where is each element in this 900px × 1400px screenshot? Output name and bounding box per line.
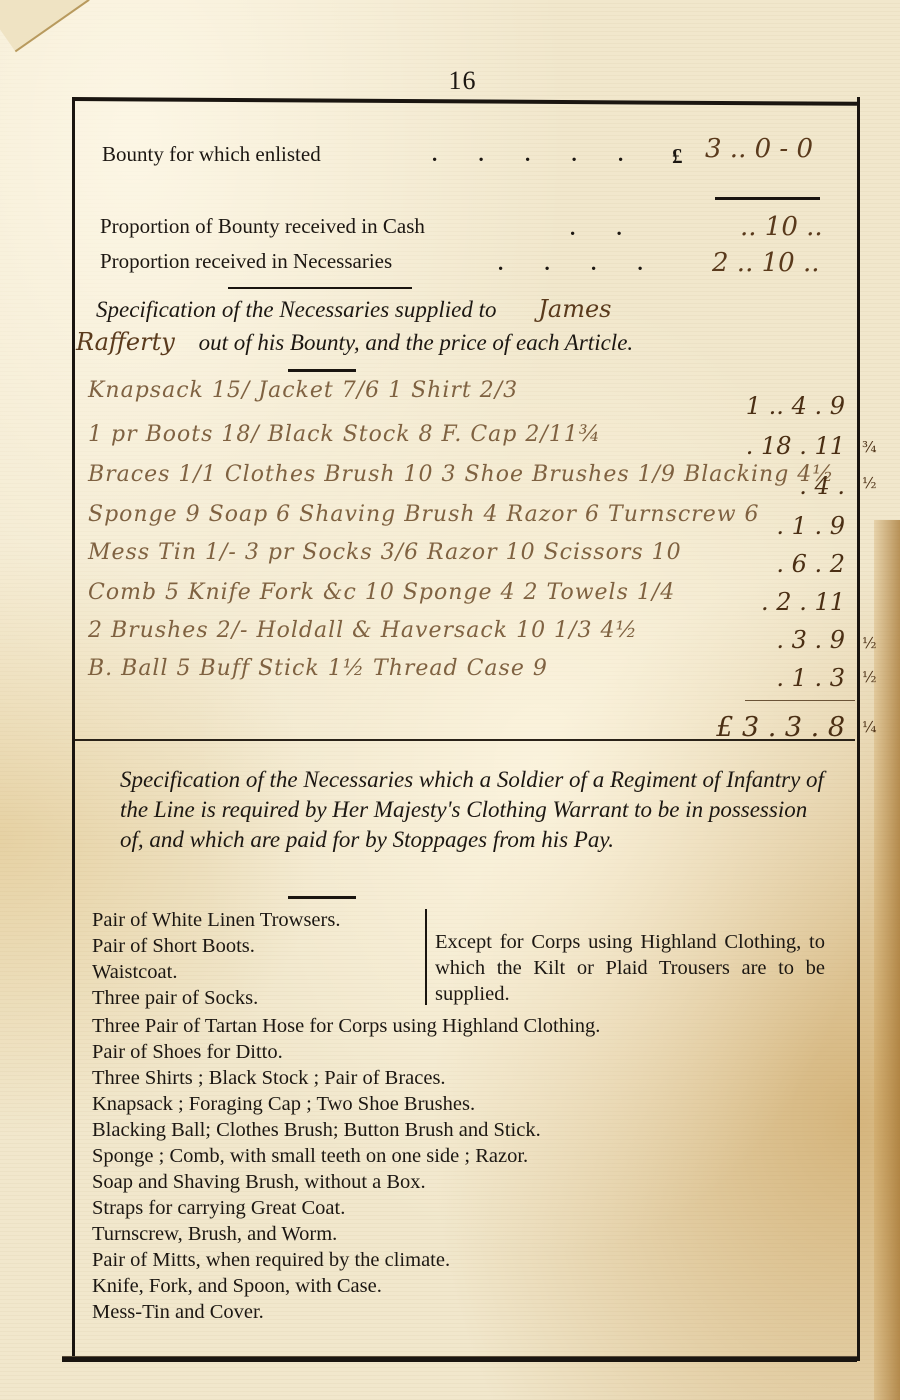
list-item: Knapsack ; Foraging Cap ; Two Shoe Brush… bbox=[92, 1091, 600, 1117]
recipient-first-name: James bbox=[538, 295, 611, 323]
list-item: Knife, Fork, and Spoon, with Case. bbox=[92, 1273, 600, 1299]
list-item: Pair of White Linen Trowsers. bbox=[92, 907, 340, 933]
article-entry: 1 pr Boots 18/ Black Stock 8 F. Cap 2/11… bbox=[88, 422, 748, 447]
list-item: Turnscrew, Brush, and Worm. bbox=[92, 1221, 600, 1247]
article-entry: Sponge 9 Soap 6 Shaving Brush 4 Razor 6 … bbox=[88, 502, 748, 527]
bounty-necessaries-label: Proportion received in Necessaries bbox=[100, 249, 392, 274]
supplied-spec-heading-line1: Specification of the Necessaries supplie… bbox=[96, 294, 611, 325]
pound-symbol: £ bbox=[672, 144, 683, 169]
margin-fraction: ½ bbox=[862, 634, 877, 652]
article-entry: Mess Tin 1/- 3 pr Socks 3/6 Razor 10 Sci… bbox=[88, 540, 748, 565]
bottom-border-rule bbox=[62, 1356, 857, 1362]
list-item: Pair of Shoes for Ditto. bbox=[92, 1039, 600, 1065]
bounty-cash-label: Proportion of Bounty received in Cash bbox=[100, 214, 425, 239]
list-item: Three Pair of Tartan Hose for Corps usin… bbox=[92, 1013, 600, 1039]
braced-items-list: Pair of White Linen Trowsers. Pair of Sh… bbox=[92, 907, 340, 1011]
heading-text: out of his Bounty, and the price of each… bbox=[199, 330, 634, 355]
short-divider bbox=[288, 896, 356, 899]
bounty-necessaries-amount: 2 .. 10 .. bbox=[712, 248, 819, 278]
total-rule bbox=[745, 700, 855, 701]
article-entry: B. Ball 5 Buff Stick 1½ Thread Case 9 bbox=[88, 656, 748, 681]
braced-items-note: Except for Corps using Highland Clothing… bbox=[435, 929, 825, 1007]
margin-fraction: ½ bbox=[862, 668, 877, 686]
total-pound-symbol: £ bbox=[716, 712, 733, 743]
braced-items-group: Pair of White Linen Trowsers. Pair of Sh… bbox=[92, 907, 832, 1011]
list-item: Three pair of Socks. bbox=[92, 985, 340, 1011]
total-amount: 3 . 3 . 8 bbox=[742, 712, 845, 743]
recipient-last-name: Rafferty bbox=[76, 328, 175, 356]
folded-corner bbox=[0, 0, 90, 52]
warrant-spec-heading: Specification of the Necessaries which a… bbox=[120, 765, 830, 855]
list-item: Pair of Mitts, when required by the clim… bbox=[92, 1247, 600, 1273]
list-item: Mess-Tin and Cover. bbox=[92, 1299, 600, 1325]
list-item: Sponge ; Comb, with small teeth on one s… bbox=[92, 1143, 600, 1169]
margin-fraction: ½ bbox=[862, 474, 877, 492]
article-entry: Knapsack 15/ Jacket 7/6 1 Shirt 2/3 bbox=[88, 378, 748, 403]
article-entry: Comb 5 Knife Fork &c 10 Sponge 4 2 Towel… bbox=[88, 580, 748, 605]
list-item: Three Shirts ; Black Stock ; Pair of Bra… bbox=[92, 1065, 600, 1091]
supplied-spec-heading-line2: Rafferty out of his Bounty, and the pric… bbox=[76, 327, 633, 358]
article-entry: Braces 1/1 Clothes Brush 10 3 Shoe Brush… bbox=[88, 462, 748, 487]
article-amount: . 6 . 2 bbox=[720, 550, 845, 578]
necessaries-list: Three Pair of Tartan Hose for Corps usin… bbox=[92, 1013, 600, 1325]
list-item: Straps for carrying Great Coat. bbox=[92, 1195, 600, 1221]
leader-dots: . . bbox=[570, 216, 640, 241]
total-amount-row: £ 3 . 3 . 8 bbox=[660, 712, 845, 743]
article-amount: . 3 . 9 bbox=[720, 626, 845, 654]
margin-fraction: ¾ bbox=[862, 438, 877, 456]
sum-rule bbox=[715, 197, 820, 200]
article-amount: . 1 . 3 bbox=[720, 664, 845, 692]
leader-dots: . . . . bbox=[498, 251, 661, 276]
list-item: Soap and Shaving Brush, without a Box. bbox=[92, 1169, 600, 1195]
article-amount: . 18 . 11 bbox=[720, 432, 845, 460]
margin-fraction: ¼ bbox=[862, 718, 877, 736]
bounty-enlisted-amount: 3 .. 0 - 0 bbox=[705, 134, 813, 164]
page-number: 16 bbox=[0, 66, 900, 96]
leader-dots: . . . . . bbox=[432, 142, 641, 167]
list-item: Pair of Short Boots. bbox=[92, 933, 340, 959]
heading-text: Specification of the Necessaries supplie… bbox=[96, 297, 497, 322]
short-divider bbox=[288, 369, 356, 372]
article-amount: . 4 . bbox=[720, 472, 845, 500]
article-entry: 2 Brushes 2/- Holdall & Haversack 10 1/3… bbox=[88, 618, 748, 643]
bounty-enlisted-label: Bounty for which enlisted bbox=[102, 142, 321, 167]
article-amount: 1 .. 4 . 9 bbox=[720, 392, 845, 420]
bounty-cash-amount: .. 10 .. bbox=[740, 212, 823, 242]
aged-page-edge bbox=[874, 520, 900, 1400]
list-item: Blacking Ball; Clothes Brush; Button Bru… bbox=[92, 1117, 600, 1143]
article-amount: . 2 . 11 bbox=[720, 588, 845, 616]
short-divider bbox=[228, 287, 412, 289]
article-amount: . 1 . 9 bbox=[720, 512, 845, 540]
list-item: Waistcoat. bbox=[92, 959, 340, 985]
